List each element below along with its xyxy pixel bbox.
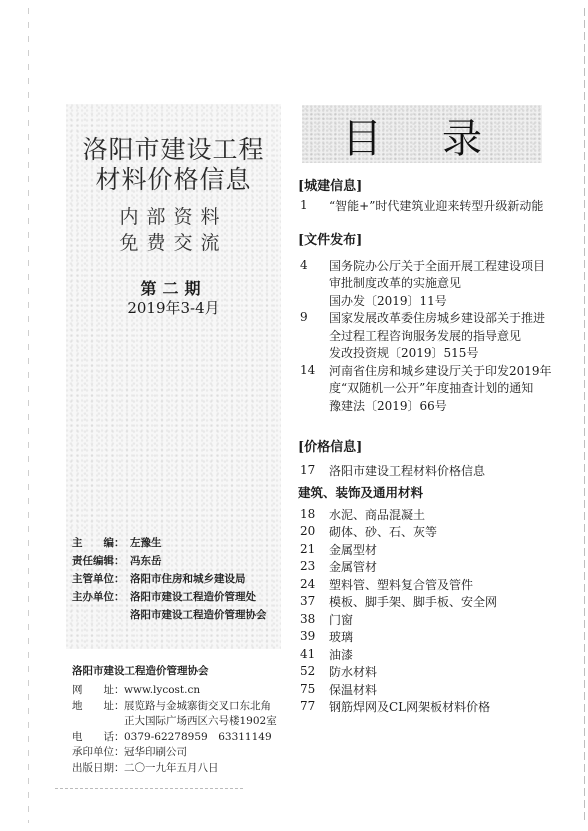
toc-page-number: 23 [298,559,329,577]
toc-page-number: 4 [298,258,329,311]
toc-entry-text: 全过程工程咨询服务发展的指导意见 [329,328,578,346]
toc-entry[interactable]: 75 保温材料 [298,682,578,700]
toc-page-number: 1 [298,198,329,216]
publisher-row-phone: 电 话： 0379-62278959 63311149 [72,729,277,745]
toc-entry-text: 砌体、砂、石、灰等 [329,524,578,542]
page-edge-right [584,8,585,823]
toc-banner: 目录 [302,105,542,163]
toc-page-number: 9 [298,310,329,363]
toc-entry-text: 国务院办公厅关于全面开展工程建设项目 [329,258,578,276]
toc-page-number: 38 [298,612,329,630]
masthead-row-responsible-editor: 责任编辑： 冯东岳 [72,551,267,569]
toc-page-number: 17 [298,463,329,481]
toc-entry-text: 国家发展改革委住房城乡建设部关于推进 [329,310,578,328]
toc-entry-text: 门窗 [329,612,578,630]
issue-date: 2019年3-4月 [66,297,281,318]
toc-entry-text: 塑料管、塑料复合管及管件 [329,577,578,595]
publisher-date: 二〇一九年五月八日 [124,760,219,775]
toc-page-number: 39 [298,629,329,647]
toc-entry-text: 洛阳市建设工程材料价格信息 [329,463,578,481]
toc-entry-text: 发改投资规〔2019〕515号 [329,345,578,363]
masthead-row-editor: 主 编： 左豫生 [72,533,267,551]
masthead-label: 主管单位： [72,571,130,586]
toc-entry-text: 保温材料 [329,682,578,700]
toc-entry[interactable]: 18 水泥、商品混凝土 [298,507,578,525]
publisher-row-address-2: 正大国际广场西区六号楼1902室 [72,713,277,729]
toc-entry[interactable]: 9 国家发展改革委住房城乡建设部关于推进 全过程工程咨询服务发展的指导意见 发改… [298,310,578,363]
toc-entry[interactable]: 52 防水材料 [298,664,578,682]
toc-entry-text: 水泥、商品混凝土 [329,507,578,525]
cover-subtitle-line2: 免费交流 [66,228,281,255]
publisher-phone: 0379-62278959 63311149 [124,729,272,744]
publisher-printer: 冠华印刷公司 [124,744,187,759]
publisher-label: 电 话： [72,729,124,744]
toc-entry[interactable]: 1 “智能+”时代建筑业迎来转型升级新动能 [298,198,578,216]
toc-entry-text: 豫建法〔2019〕66号 [329,398,578,416]
toc-entry-text: 钢筋焊网及CL网架板材料价格 [329,699,578,717]
publisher-website: www.lycost.cn [124,684,200,696]
toc-entry[interactable]: 37 模板、脚手架、脚手板、安全网 [298,594,578,612]
publisher-label: 出版日期： [72,760,124,775]
toc-section-title: [文件发布] [298,230,578,252]
toc-page-number: 37 [298,594,329,612]
toc-entry-text: 防水材料 [329,664,578,682]
publisher-label: 承印单位： [72,744,124,759]
toc-entry[interactable]: 41 油漆 [298,647,578,665]
toc-entry[interactable]: 17 洛阳市建设工程材料价格信息 [298,463,578,481]
toc-page-number: 18 [298,507,329,525]
publisher-row-printer: 承印单位： 冠华印刷公司 [72,744,277,760]
toc-entry-text: 审批制度改革的实施意见 [329,275,578,293]
toc-page-number: 24 [298,577,329,595]
toc-entry-text: 金属管材 [329,559,578,577]
masthead-label: 主办单位： [72,589,130,604]
masthead-value: 洛阳市住房和城乡建设局 [130,571,246,586]
publisher-address: 展览路与金城寨街交叉口东北角 [124,698,271,713]
toc-entry[interactable]: 21 金属型材 [298,542,578,560]
toc-page-number: 52 [298,664,329,682]
masthead-value: 冯东岳 [130,553,162,568]
publisher-label: 网 址： [72,682,124,697]
toc-entry[interactable]: 23 金属管材 [298,559,578,577]
toc-section-title: [城建信息] [298,176,578,198]
toc-entry-text: 模板、脚手架、脚手板、安全网 [329,594,578,612]
masthead-row-supervisor: 主管单位： 洛阳市住房和城乡建设局 [72,569,267,587]
divider [55,788,245,789]
masthead-label: 责任编辑： [72,553,130,568]
toc-entry-text: 河南省住房和城乡建设厅关于印发2019年 [329,363,578,381]
toc-entry[interactable]: 20 砌体、砂、石、灰等 [298,524,578,542]
toc-entry-text: 玻璃 [329,629,578,647]
toc-entry[interactable]: 4 国务院办公厅关于全面开展工程建设项目 审批制度改革的实施意见 国办发〔201… [298,258,578,311]
masthead: 主 编： 左豫生 责任编辑： 冯东岳 主管单位： 洛阳市住房和城乡建设局 主办单… [72,533,267,623]
publisher-name: 洛阳市建设工程造价管理协会 [72,660,277,682]
toc-section-title: [价格信息] [298,437,578,459]
publisher-label: 地 址： [72,698,124,713]
masthead-value: 洛阳市建设工程造价管理处 [130,589,256,604]
toc-subsection-title: 建筑、装饰及通用材料 [298,483,578,503]
cover-subtitle-line1: 内部资料 [66,202,281,229]
toc-entry-text: “智能+”时代建筑业迎来转型升级新动能 [329,198,578,216]
toc-entry-text: 金属型材 [329,542,578,560]
toc-page-number: 20 [298,524,329,542]
toc-page-number: 75 [298,682,329,700]
masthead-row-sponsor: 主办单位： 洛阳市建设工程造价管理处 [72,587,267,605]
publisher-address-2: 正大国际广场西区六号楼1902室 [124,713,277,728]
issue-number: 第二期 [66,276,281,299]
page-edge-left [28,8,29,823]
masthead-value: 洛阳市建设工程造价管理协会 [130,607,267,622]
publisher-row-date: 出版日期： 二〇一九年五月八日 [72,760,277,776]
masthead-value: 左豫生 [130,535,162,550]
publisher-info: 洛阳市建设工程造价管理协会 网 址： www.lycost.cn 地 址： 展览… [72,660,277,775]
toc-entry-text: 油漆 [329,647,578,665]
toc-entry[interactable]: 38 门窗 [298,612,578,630]
table-of-contents: [城建信息] 1 “智能+”时代建筑业迎来转型升级新动能 [文件发布] 4 国务… [298,176,578,717]
toc-page-number: 21 [298,542,329,560]
cover-title-line2: 材料价格信息 [66,160,281,196]
toc-entry-text: 度“双随机一公开”年度抽查计划的通知 [329,380,578,398]
toc-page-number: 14 [298,363,329,416]
toc-entry[interactable]: 77 钢筋焊网及CL网架板材料价格 [298,699,578,717]
masthead-label: 主 编： [72,535,130,550]
toc-page-number: 77 [298,699,329,717]
toc-page-number: 41 [298,647,329,665]
publisher-row-address: 地 址： 展览路与金城寨街交叉口东北角 [72,698,277,714]
toc-entry[interactable]: 24 塑料管、塑料复合管及管件 [298,577,578,595]
publisher-row-website: 网 址： www.lycost.cn [72,682,277,698]
toc-heading: 目录 [302,107,542,164]
toc-entry-text: 国办发〔2019〕11号 [329,293,578,311]
toc-entry[interactable]: 14 河南省住房和城乡建设厅关于印发2019年 度“双随机一公开”年度抽查计划的… [298,363,578,416]
masthead-row-sponsor-2: 洛阳市建设工程造价管理协会 [72,605,267,623]
toc-entry[interactable]: 39 玻璃 [298,629,578,647]
